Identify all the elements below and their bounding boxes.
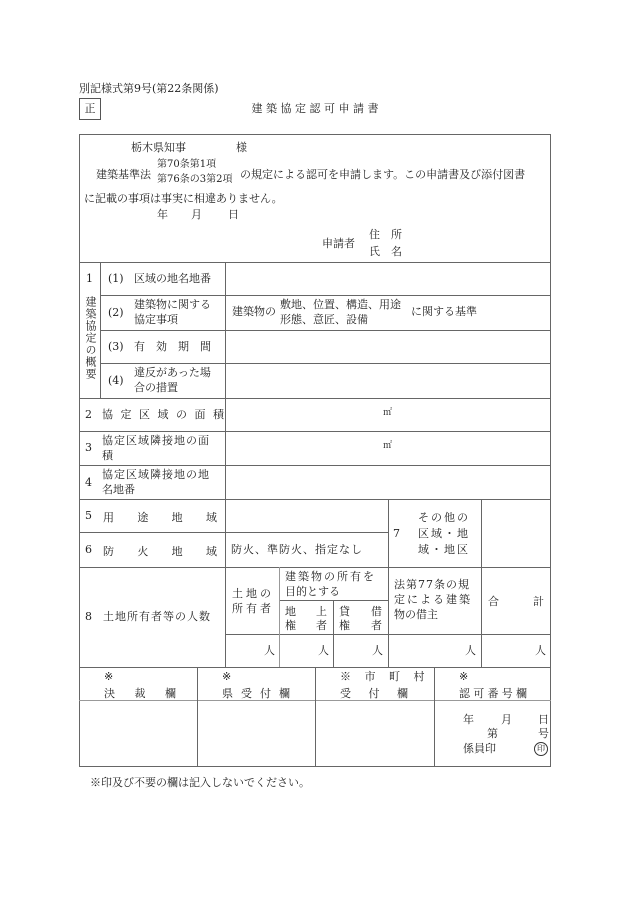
- row6-label: 防火地域: [103, 543, 217, 559]
- municipal-receipt-mark: ※ 市 町 村: [340, 670, 430, 684]
- name-label: 氏 名: [369, 245, 402, 259]
- clerk-seal-label: 係員印: [463, 742, 496, 756]
- agreement-value-prefix: 建築物の: [232, 305, 276, 319]
- building-col-2: 目的とする: [285, 585, 340, 599]
- document-title: 建 築 協 定 認 可 申 請 書: [79, 102, 551, 116]
- superficies-label-2: 権者: [285, 617, 327, 633]
- row7-label-3: 域・地区: [418, 543, 470, 557]
- lease-count-unit: 人: [372, 644, 383, 658]
- form-reference: 別記様式第9号(第22条関係): [79, 82, 219, 96]
- addressee: 栃木県知事: [131, 141, 186, 155]
- superficies-count-unit: 人: [318, 644, 329, 658]
- row4-label-2: 名地番: [102, 483, 135, 497]
- row3-number: 3: [85, 441, 92, 455]
- total-col-label: 合計: [488, 593, 544, 609]
- date-month-label: 月: [191, 208, 202, 222]
- municipal-receipt-field[interactable]: [316, 701, 433, 766]
- agreement-area-field[interactable]: [226, 399, 550, 430]
- item-label-agreement-2: 協定事項: [134, 313, 178, 327]
- owner-col-1: 土地の: [232, 587, 274, 601]
- agreement-option-1[interactable]: 敷地、位置、構造、用途: [280, 298, 401, 312]
- total-count-unit: 人: [535, 644, 546, 658]
- building-col-1: 建築物の所有を: [285, 570, 376, 584]
- row8-number: 8: [85, 610, 92, 624]
- footnote: ※印及び不要の欄は記入しないでください。: [90, 776, 310, 790]
- violation-measures-field[interactable]: [226, 364, 550, 397]
- approval-number-mark: ※: [459, 670, 468, 684]
- item-number: (3): [108, 340, 124, 354]
- fire-district-options[interactable]: 防火、準防火、指定なし: [231, 543, 363, 557]
- row2-number: 2: [85, 408, 92, 422]
- decision-field[interactable]: [80, 701, 196, 766]
- owner-col-2: 所有者: [232, 602, 274, 616]
- row2-label: 協 定 区 域 の 面 積: [102, 408, 226, 422]
- approval-day-label: 日: [538, 713, 549, 727]
- prefecture-receipt-field[interactable]: [198, 701, 314, 766]
- item-label-violation-1: 違反があった場: [134, 366, 211, 380]
- art77-col-3: 物の借主: [394, 608, 438, 622]
- prefecture-receipt-mark: ※: [222, 670, 231, 684]
- adjacent-lot-field[interactable]: [226, 466, 550, 498]
- article-option-1: 第70条第1項: [157, 159, 216, 172]
- approval-no-suffix: 号: [538, 727, 549, 741]
- lease-label-2: 権者: [339, 617, 382, 633]
- article-option-2: 第76条の3第2項: [157, 174, 232, 187]
- section1-title: 建築協定の概要: [82, 296, 98, 386]
- date-day-label: 日: [228, 208, 239, 222]
- item-number: (2): [108, 306, 124, 320]
- honorific: 様: [236, 141, 247, 155]
- municipal-receipt-label: 受付欄: [340, 685, 408, 701]
- item-label-agreement-1: 建築物に関する: [134, 298, 211, 312]
- row5-number: 5: [85, 509, 92, 523]
- statement-line-1: の規定による認可を申請します。この申請書及び添付図書: [240, 168, 525, 182]
- row7-label-2: 区域・地: [418, 527, 470, 541]
- item-number: (4): [108, 374, 124, 388]
- decision-column-label: 決裁欄: [104, 685, 176, 701]
- agreement-option-2[interactable]: 形態、意匠、設備: [280, 313, 368, 327]
- validity-period-field[interactable]: [226, 331, 550, 362]
- art77-col-1: 法第77条の規: [394, 578, 470, 592]
- row7-number: 7: [393, 527, 400, 541]
- row3-label-2: 積: [102, 449, 113, 463]
- lot-number-field[interactable]: [226, 263, 550, 294]
- art77-col-2: 定による建築: [394, 593, 472, 607]
- other-district-field[interactable]: [482, 500, 550, 566]
- decision-mark: ※: [104, 670, 113, 684]
- date-year-label: 年: [157, 208, 168, 222]
- use-district-field[interactable]: [226, 500, 387, 531]
- section1-number: 1: [79, 272, 100, 286]
- approval-number-label: 認可番号欄: [459, 685, 527, 701]
- agreement-value-suffix: に関する基準: [411, 305, 477, 319]
- item-label-validity: 有 効 期 間: [134, 340, 211, 354]
- owner-count-unit: 人: [264, 644, 275, 658]
- row6-number: 6: [85, 543, 92, 557]
- item-label-lot-number: 区域の地名地番: [134, 272, 211, 286]
- row4-label-1: 協定区域隣接地の地: [102, 468, 210, 482]
- seal-stamp-icon: 印: [534, 741, 548, 756]
- row5-label: 用途地域: [103, 509, 217, 525]
- row4-number: 4: [85, 476, 92, 490]
- prefecture-receipt-label: 県受付欄: [222, 685, 290, 701]
- row8-label: 土地所有者等の人数: [103, 610, 211, 624]
- adjacent-area-field[interactable]: [226, 432, 550, 464]
- statement-line-2: に記載の事項は事実に相違ありません。: [84, 192, 283, 206]
- applicant-label: 申請者: [322, 237, 355, 251]
- row3-label-1: 協定区域隣接地の面: [102, 434, 210, 448]
- item-label-violation-2: 合の措置: [134, 381, 178, 395]
- approval-year-label: 年: [463, 713, 474, 727]
- law-name: 建築基準法: [96, 168, 151, 182]
- approval-no-prefix: 第: [487, 727, 498, 741]
- approval-month-label: 月: [501, 713, 512, 727]
- row7-label-1: その他の: [418, 511, 470, 525]
- item-number: (1): [108, 272, 124, 286]
- art77-count-unit: 人: [465, 644, 476, 658]
- address-label: 住 所: [369, 228, 402, 242]
